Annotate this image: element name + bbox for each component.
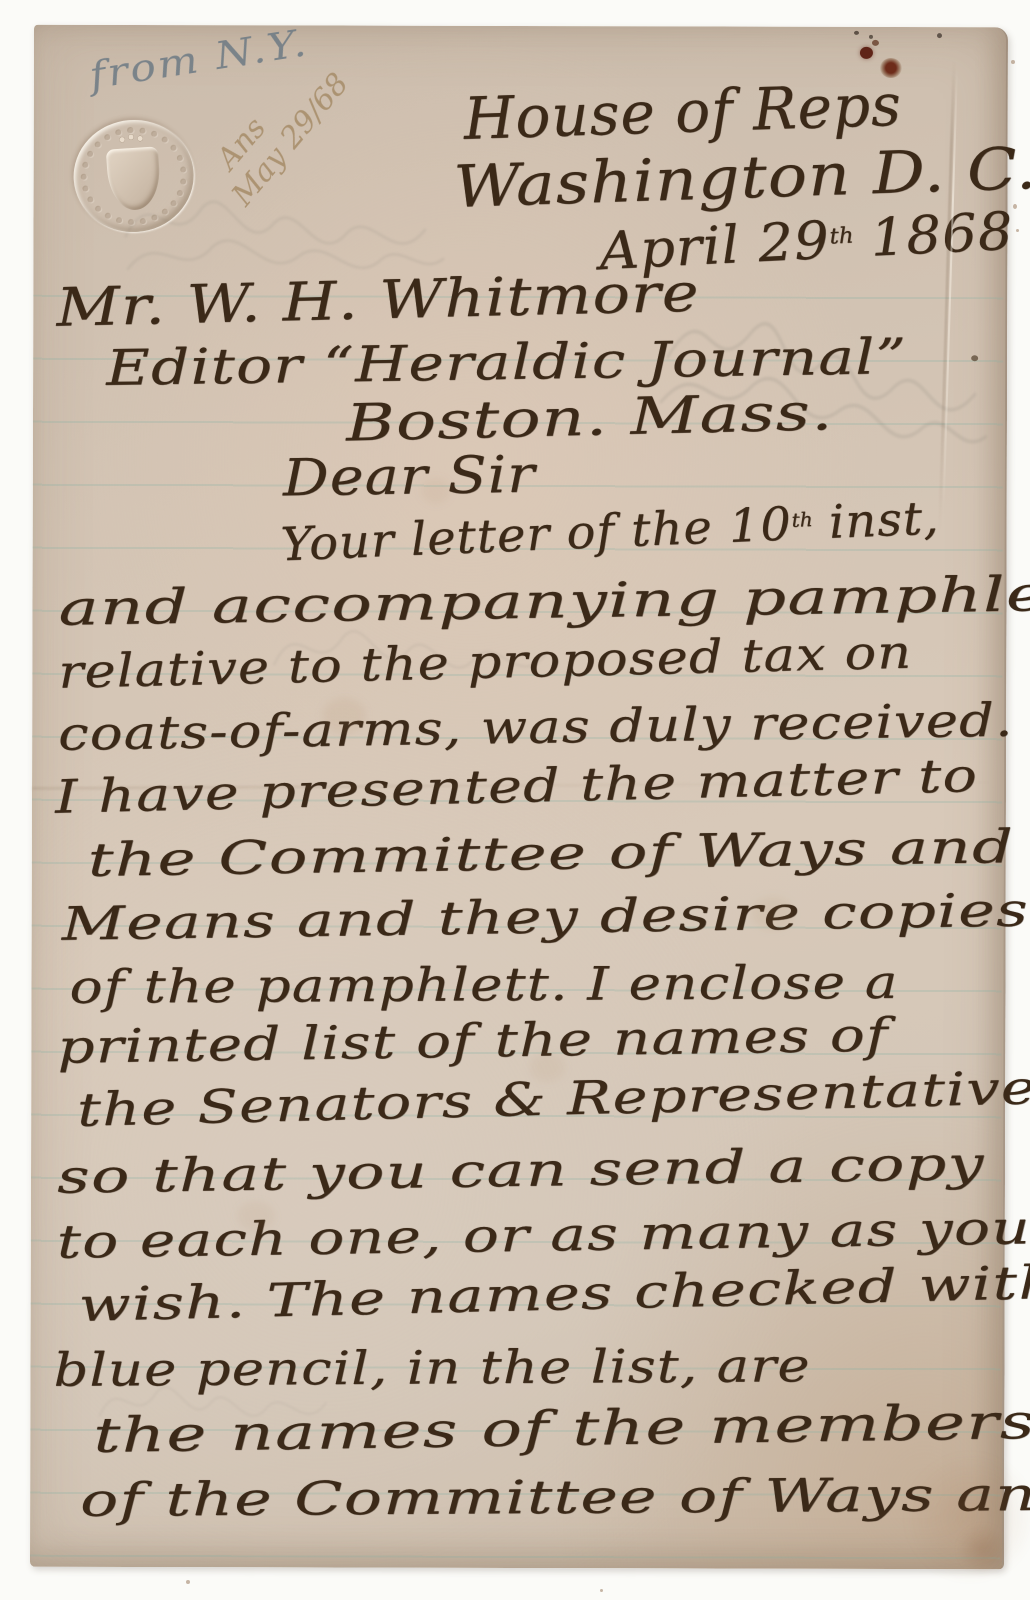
dust-speck bbox=[600, 1589, 603, 1592]
body-line-1-ordinal: th bbox=[791, 508, 813, 532]
body-line: blue pencil, in the list, are bbox=[53, 1338, 810, 1397]
dust-speck bbox=[186, 1580, 190, 1584]
date-ordinal: th bbox=[829, 223, 854, 249]
body-line: so that you can send a copy bbox=[57, 1136, 986, 1204]
speck bbox=[937, 33, 942, 38]
speck bbox=[854, 31, 859, 35]
recipient-city: Boston. Mass. bbox=[345, 383, 834, 453]
body-line-1-text: Your letter of the 10 bbox=[280, 496, 793, 571]
embossed-crest-seal bbox=[70, 116, 197, 236]
date-year: 1868 bbox=[869, 202, 1015, 269]
paper-crease bbox=[938, 61, 955, 531]
body-line: Means and they desire copies bbox=[61, 882, 1029, 950]
speck bbox=[971, 355, 978, 361]
body-line-1-end: inst, bbox=[812, 490, 941, 549]
recipient-name: Mr. W. H. Whitmore bbox=[56, 263, 701, 339]
dust-speck bbox=[1013, 204, 1017, 209]
salutation: Dear Sir bbox=[282, 446, 536, 509]
corner-stain bbox=[955, 1525, 1010, 1573]
speck bbox=[869, 35, 873, 39]
scan-area: from N.Y. Ans May 29/68 House of Reps Wa… bbox=[0, 0, 1030, 1600]
dust-speck bbox=[1016, 229, 1019, 232]
scan-background: { "page": { "background_color": "#fbfbf8… bbox=[0, 0, 1030, 1600]
body-line: printed list of the names of bbox=[57, 1007, 889, 1073]
letter-paper: from N.Y. Ans May 29/68 House of Reps Wa… bbox=[30, 25, 1008, 1570]
ink-stain bbox=[872, 40, 879, 46]
body-line: relative to the proposed tax on bbox=[58, 625, 913, 699]
seal-crown-icon bbox=[117, 132, 146, 147]
body-line: of the Committee of Ways and bbox=[80, 1467, 1030, 1527]
body-line: of the pamphlett. I enclose a bbox=[69, 955, 898, 1014]
ink-stain bbox=[860, 47, 873, 59]
body-line: the Committee of Ways and bbox=[87, 819, 1014, 887]
dust-speck bbox=[1011, 60, 1015, 64]
body-line: the names of the members bbox=[93, 1394, 1030, 1464]
